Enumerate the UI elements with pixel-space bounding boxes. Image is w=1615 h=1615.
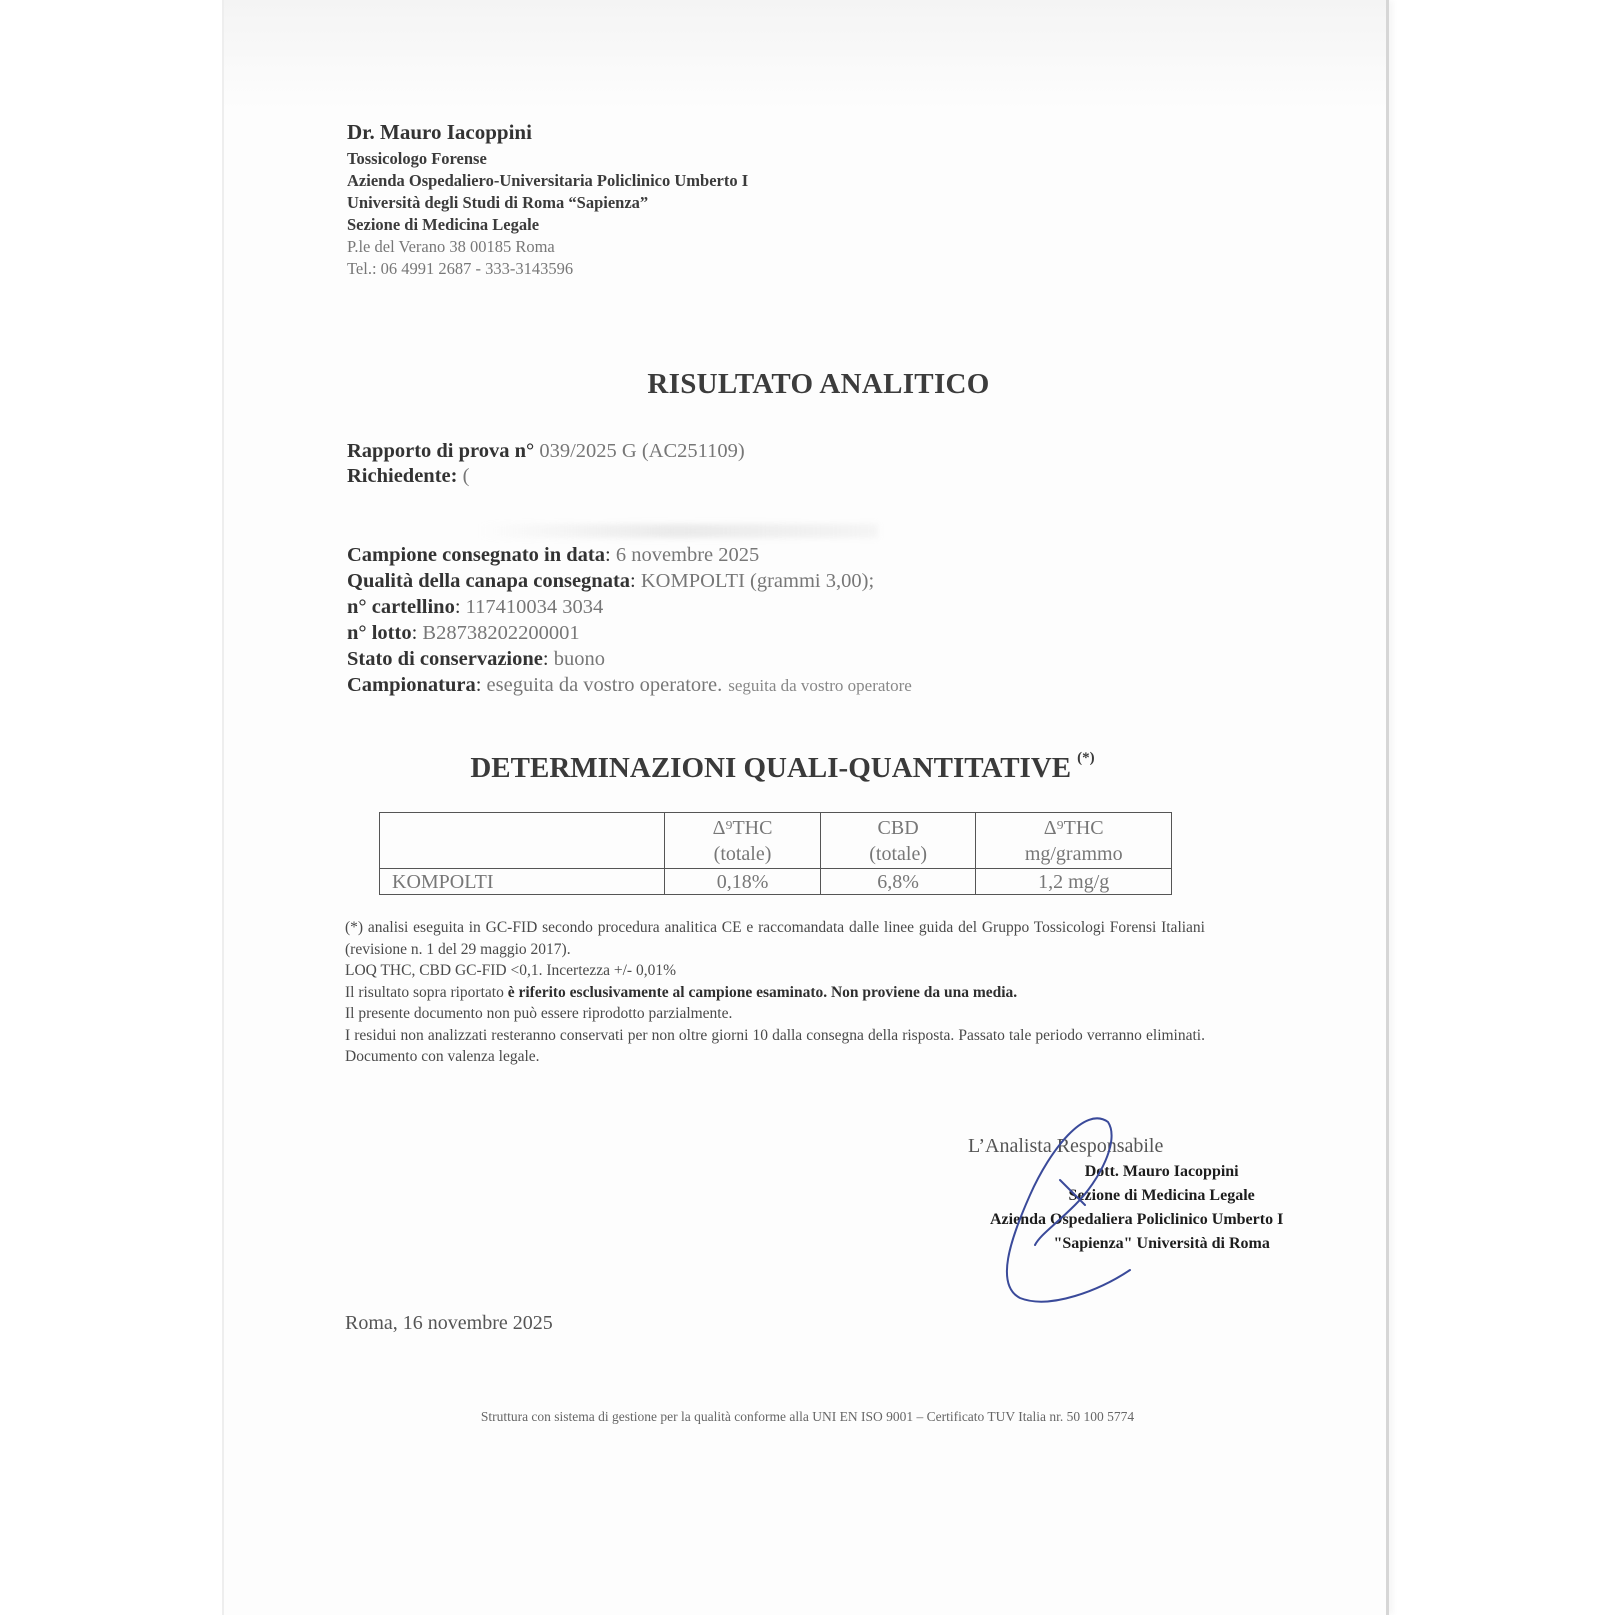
table-header-row: Δ⁹THC(totale) CBD(totale) Δ⁹THCmg/grammo: [380, 813, 1172, 869]
cell-cbd-total: 6,8%: [820, 869, 976, 895]
conservation-state-field: Stato di conservazione: buono: [347, 648, 605, 671]
author-section: Sezione di Medicina Legale: [347, 215, 539, 235]
report-number-field: Rapporto di prova n° 039/2025 G (AC25110…: [347, 440, 745, 463]
page-shadow: [224, 0, 1386, 110]
notes-section: (*) analisi eseguita in GC-FID secondo p…: [345, 917, 1205, 1068]
author-name: Dr. Mauro Iacoppini: [347, 120, 532, 145]
author-phone: Tel.: 06 4991 2687 - 333-3143596: [347, 259, 573, 279]
cell-sample-name: KOMPOLTI: [380, 869, 665, 895]
sampling-field: Campionatura: eseguita da vostro operato…: [347, 674, 912, 697]
note-residues: I residui non analizzati resteranno cons…: [345, 1025, 1205, 1068]
note-reproduction: Il presente documento non può essere rip…: [345, 1003, 1205, 1025]
author-university: Università degli Studi di Roma “Sapienza…: [347, 193, 648, 213]
report-title: RISULTATO ANALITICO: [0, 368, 1615, 401]
note-loq: LOQ THC, CBD GC-FID <0,1. Incertezza +/-…: [345, 960, 1205, 982]
column-header-thc-total: Δ⁹THC(totale): [665, 813, 821, 869]
table-row: KOMPOLTI 0,18% 6,8% 1,2 mg/g: [380, 869, 1172, 895]
place-and-date: Roma, 16 novembre 2025: [345, 1312, 553, 1335]
handwritten-signature-icon: [990, 1110, 1140, 1310]
delivery-date-field: Campione consegnato in data: 6 novembre …: [347, 544, 759, 567]
hemp-quality-field: Qualità della canapa consegnata: KOMPOLT…: [347, 570, 874, 593]
determinations-title: DETERMINAZIONI QUALI-QUANTITATIVE(*): [0, 752, 1615, 785]
tag-number-field: n° cartellino: 117410034 3034: [347, 596, 603, 619]
author-address: P.le del Verano 38 00185 Roma: [347, 237, 555, 257]
cell-thc-total: 0,18%: [665, 869, 821, 895]
column-header-thc-mg-g: Δ⁹THCmg/grammo: [976, 813, 1172, 869]
certification-footer: Struttura con sistema di gestione per la…: [0, 1409, 1615, 1425]
author-title: Tossicologo Forense: [347, 149, 487, 169]
redacted-area: [478, 524, 878, 538]
column-header-sample: [380, 813, 665, 869]
note-result: Il risultato sopra riportato è riferito …: [345, 982, 1205, 1004]
requester-field: Richiedente: (: [347, 465, 469, 488]
author-hospital: Azienda Ospedaliero-Universitaria Policl…: [347, 171, 748, 191]
note-method: (*) analisi eseguita in GC-FID secondo p…: [345, 917, 1205, 960]
lot-number-field: n° lotto: B28738202200001: [347, 622, 580, 645]
cell-thc-mg-g: 1,2 mg/g: [976, 869, 1172, 895]
column-header-cbd-total: CBD(totale): [820, 813, 976, 869]
results-table: Δ⁹THC(totale) CBD(totale) Δ⁹THCmg/grammo…: [379, 812, 1172, 895]
